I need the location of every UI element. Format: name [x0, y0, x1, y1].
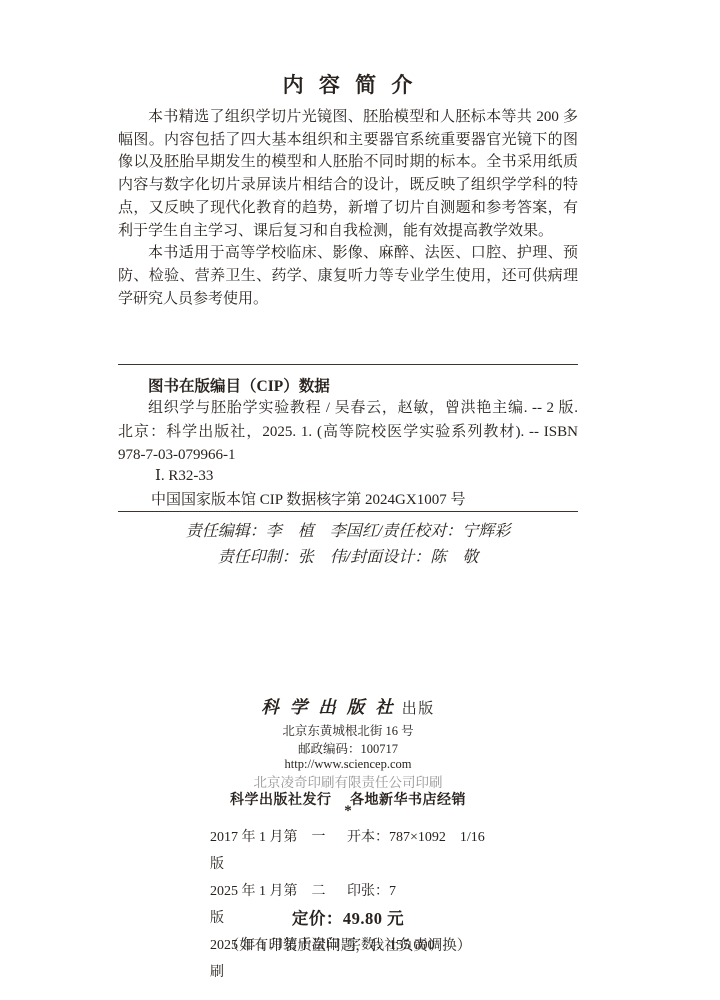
staff-credits: 责任编辑：李 植 李国红/责任校对：宁辉彩 责任印制：张 伟/封面设计：陈 敬: [118, 519, 578, 571]
edition-right: 开本：787×1092 1/16: [347, 824, 578, 878]
cip-classification: Ⅰ. R32-33: [118, 466, 578, 485]
intro-line: 幅图。内容包括了四大基本组织和主要器官系统重要器官光镜下的图: [118, 129, 578, 152]
intro-paragraph-2: 本书适用于高等学校临床、影像、麻醉、法医、口腔、护理、预 防、检验、营养卫生、药…: [118, 242, 578, 310]
price-line: 定价：49.80 元: [118, 905, 578, 929]
intro-paragraph-1: 本书精选了组织学切片光镜图、胚胎模型和人胚标本等共 200 多 幅图。内容包括了…: [118, 106, 578, 242]
content-column: 内 容 简 介 本书精选了组织学切片光镜图、胚胎模型和人胚标本等共 200 多 …: [118, 0, 578, 1000]
cip-entry: 组织学与胚胎学实验教程 / 吴春云，赵敏，曾洪艳主编. -- 2 版. 北京：科…: [118, 397, 578, 468]
publisher-postcode: 邮政编码：100717: [118, 739, 578, 757]
publisher-address: 北京东黄城根北街 16 号: [118, 721, 578, 739]
cip-record-number: 中国国家版本馆 CIP 数据核字第 2024GX1007 号: [118, 488, 578, 509]
intro-line: 学研究人员参考使用。: [118, 288, 578, 311]
intro-line: 点，又反映了现代化教育的趋势，新增了切片自测题和参考答案，有: [118, 197, 578, 220]
cip-heading: 图书在版编目（CIP）数据: [118, 374, 578, 396]
intro-line: 像以及胚胎早期发生的模型和人胚胎不同时期的标本。全书采用纸质: [118, 151, 578, 174]
edition-left: 2017 年 1 月第 一 版: [210, 824, 347, 878]
publisher-imprint-label: 出版: [402, 701, 435, 717]
intro-line: 内容与数字化切片录屏读片相结合的设计，既反映了组织学学科的特: [118, 174, 578, 197]
publisher-logo-line: 科学出版社出版: [118, 694, 578, 719]
intro-section: 本书精选了组织学切片光镜图、胚胎模型和人胚标本等共 200 多 幅图。内容包括了…: [118, 106, 578, 310]
cip-divider-top: [118, 364, 578, 365]
book-copyright-page: 内 容 简 介 本书精选了组织学切片光镜图、胚胎模型和人胚标本等共 200 多 …: [0, 0, 720, 1000]
publisher-logo: 科学出版社: [261, 697, 404, 717]
cip-divider-bottom: [118, 511, 578, 512]
intro-line: 防、检验、营养卫生、药学、康复听力等专业学生使用，还可供病理: [118, 265, 578, 288]
printer-line: 北京凌奇印刷有限责任公司印刷: [118, 771, 578, 791]
cip-entry-line: 北京：科学出版社，2025. 1. (高等院校医学实验系列教材). -- ISB…: [118, 421, 578, 445]
separator-asterisk: *: [118, 803, 578, 820]
staff-line-printing: 责任印制：张 伟/封面设计：陈 敬: [118, 545, 578, 571]
intro-line: 本书适用于高等学校临床、影像、麻醉、法医、口腔、护理、预: [118, 242, 578, 265]
quality-note: （如有印装质量问题，我社负责调换）: [118, 934, 578, 955]
intro-line: 利于学生自主学习、课后复习和自我检测，能有效提高教学效果。: [118, 220, 578, 243]
publisher-website: http://www.sciencep.com: [118, 757, 578, 772]
cip-entry-line: 组织学与胚胎学实验教程 / 吴春云，赵敏，曾洪艳主编. -- 2 版.: [118, 397, 578, 421]
staff-line-editors: 责任编辑：李 植 李国红/责任校对：宁辉彩: [118, 519, 578, 545]
page-title: 内 容 简 介: [118, 69, 578, 99]
cip-entry-line: 978-7-03-079966-1: [118, 444, 578, 468]
edition-row: 2017 年 1 月第 一 版 开本：787×1092 1/16: [210, 824, 578, 878]
intro-line: 本书精选了组织学切片光镜图、胚胎模型和人胚标本等共 200 多: [118, 106, 578, 129]
